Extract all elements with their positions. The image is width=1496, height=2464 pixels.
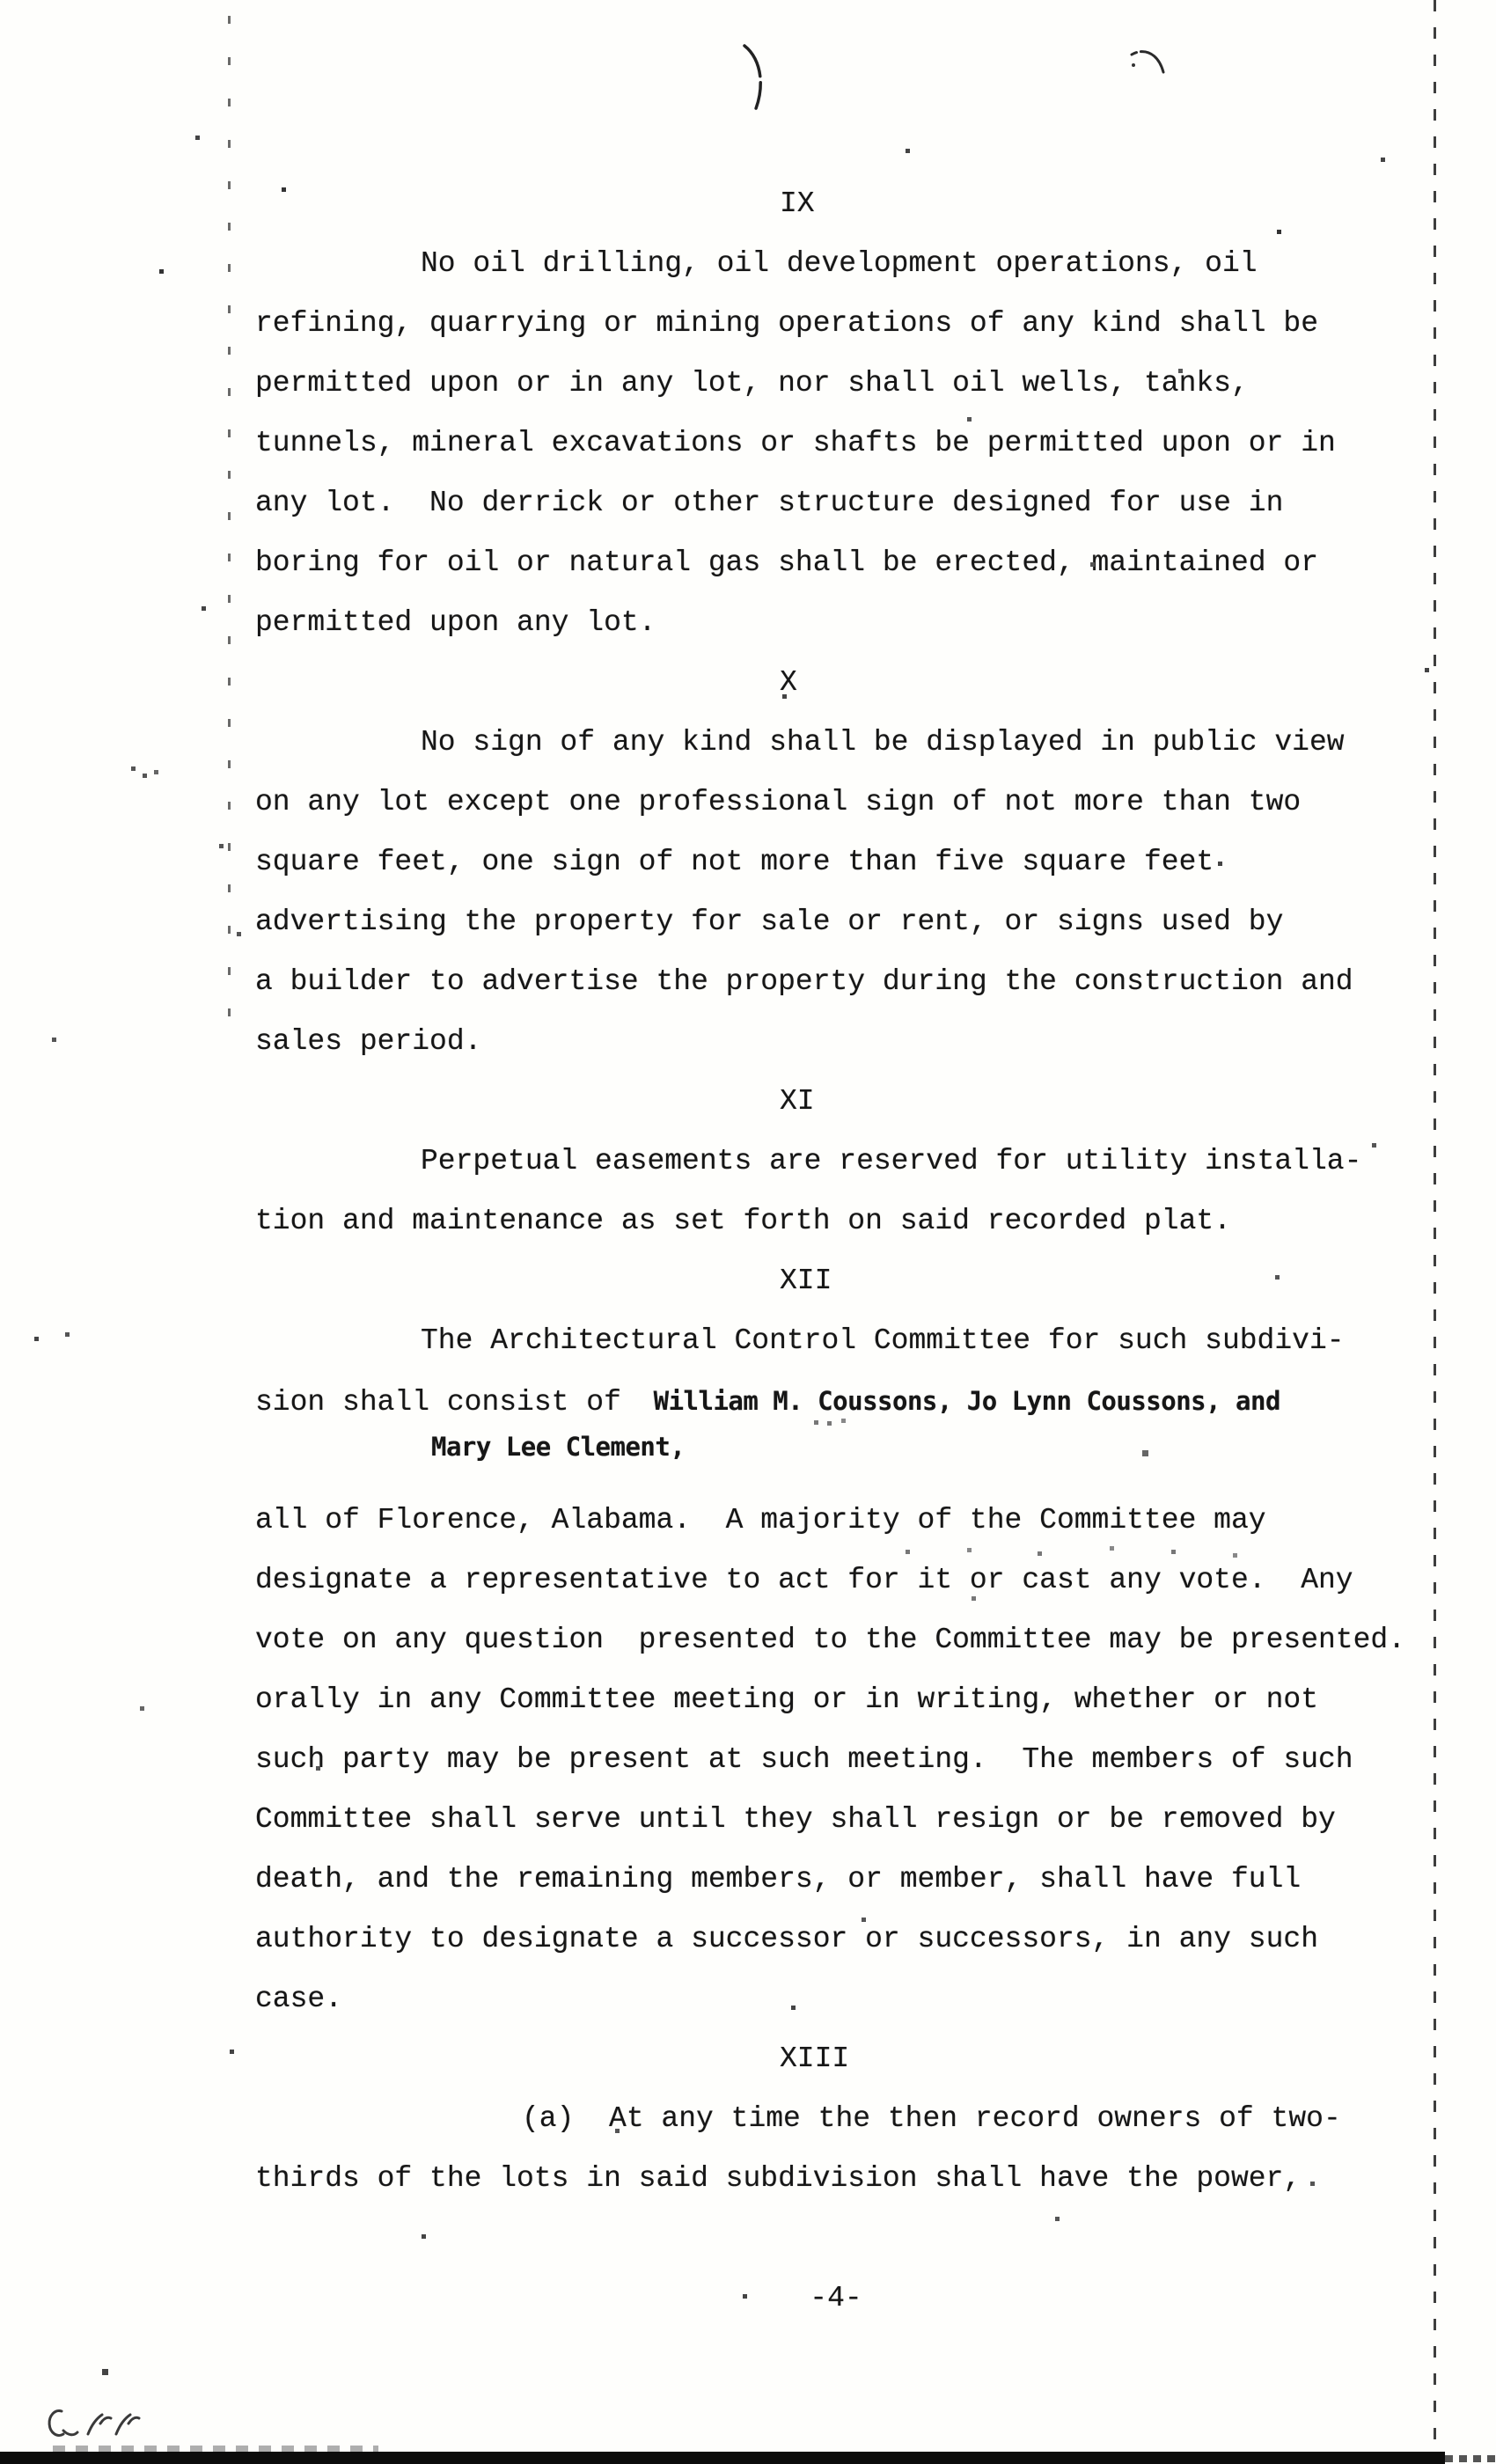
document-line: case. bbox=[255, 1969, 1434, 2029]
section-heading: XIII bbox=[255, 2029, 1434, 2089]
document-line: any lot. No derrick or other structure d… bbox=[255, 473, 1434, 533]
document-line: refining, quarrying or mining operations… bbox=[255, 294, 1434, 354]
stray-ink-curve-top-left bbox=[741, 42, 771, 118]
scan-bottom-edge-bar bbox=[0, 2452, 1445, 2464]
inserted-typed-name: Mary Lee Clement, bbox=[431, 1432, 685, 1462]
scan-noise-specks bbox=[0, 0, 3, 3]
document-line: all of Florence, Alabama. A majority of … bbox=[255, 1491, 1434, 1551]
document-line: Mary Lee Clement, bbox=[255, 1417, 1434, 1477]
typed-text: sion shall consist of bbox=[255, 1386, 639, 1419]
document-line: thirds of the lots in said subdivision s… bbox=[255, 2149, 1434, 2209]
document-line: vote on any question presented to the Co… bbox=[255, 1610, 1434, 1670]
document-line: boring for oil or natural gas shall be e… bbox=[255, 533, 1434, 593]
document-body: IXNo oil drilling, oil development opera… bbox=[255, 174, 1434, 2209]
scan-edge-dashed-line-right bbox=[1434, 0, 1436, 2464]
page-number: -4- bbox=[255, 2269, 1417, 2328]
document-line: such party may be present at such meetin… bbox=[255, 1730, 1434, 1790]
scan-edge-dashed-line-left bbox=[228, 16, 231, 1019]
document-line: permitted upon or in any lot, nor shall … bbox=[255, 354, 1434, 414]
document-line: No oil drilling, oil development operati… bbox=[255, 234, 1434, 294]
scanned-document-page: IXNo oil drilling, oil development opera… bbox=[0, 0, 1496, 2464]
document-line: square feet, one sign of not more than f… bbox=[255, 832, 1434, 892]
inserted-typed-name: William M. Coussons, Jo Lynn Coussons, a… bbox=[639, 1386, 1280, 1416]
stray-ink-curve-top-right bbox=[1128, 46, 1174, 81]
document-line: designate a representative to act for it… bbox=[255, 1551, 1434, 1610]
document-line: advertising the property for sale or ren… bbox=[255, 892, 1434, 952]
document-line: permitted upon any lot. bbox=[255, 593, 1434, 653]
document-line: Committee shall serve until they shall r… bbox=[255, 1790, 1434, 1850]
document-line: No sign of any kind shall be displayed i… bbox=[255, 713, 1434, 773]
section-heading: XII bbox=[255, 1251, 1434, 1311]
section-heading: XI bbox=[255, 1072, 1434, 1132]
document-line: authority to designate a successor or su… bbox=[255, 1910, 1434, 1969]
document-line: tunnels, mineral excavations or shafts b… bbox=[255, 414, 1434, 473]
document-line: The Architectural Control Committee for … bbox=[255, 1311, 1434, 1371]
section-heading: IX bbox=[255, 174, 1434, 234]
scan-bottom-edge-smudge bbox=[53, 2446, 378, 2452]
document-line: tion and maintenance as set forth on sai… bbox=[255, 1192, 1434, 1251]
document-line: sales period. bbox=[255, 1012, 1434, 1072]
document-line: death, and the remaining members, or mem… bbox=[255, 1850, 1434, 1910]
document-line: orally in any Committee meeting or in wr… bbox=[255, 1670, 1434, 1730]
document-line: (a) At any time the then record owners o… bbox=[255, 2089, 1434, 2149]
scan-bottom-edge-fade bbox=[1445, 2455, 1496, 2462]
document-line: Perpetual easements are reserved for uti… bbox=[255, 1132, 1434, 1192]
handwritten-mark bbox=[42, 2395, 148, 2445]
section-heading: X bbox=[255, 653, 1434, 713]
document-line: on any lot except one professional sign … bbox=[255, 773, 1434, 832]
document-line: a builder to advertise the property duri… bbox=[255, 952, 1434, 1012]
